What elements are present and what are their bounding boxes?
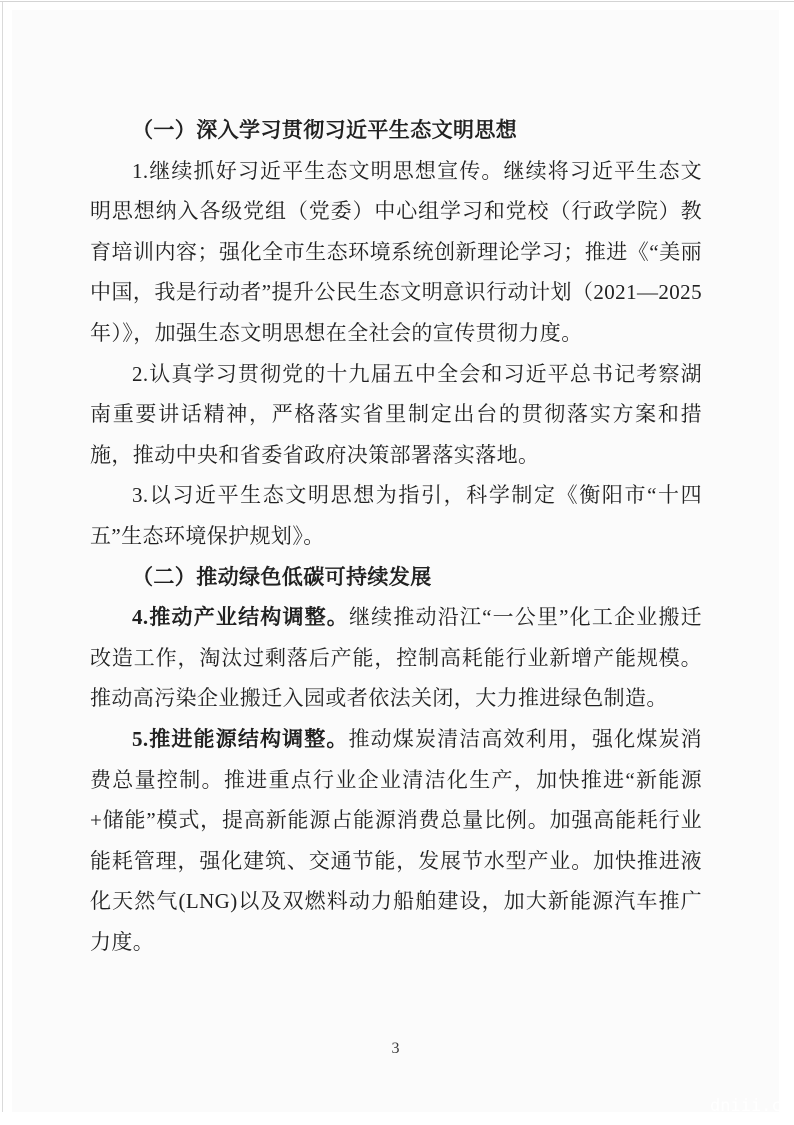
paragraph-4: 4.推动产业结构调整。继续推动沿江“一公里”化工企业搬迁改造工作，淘汰过剩落后产… xyxy=(90,597,702,719)
paragraph-5-lead: 5.推进能源结构调整。 xyxy=(132,727,349,751)
page-content: （一）深入学习贯彻习近平生态文明思想 1.继续抓好习近平生态文明思想宣传。继续将… xyxy=(90,110,702,962)
section-heading-1: （一）深入学习贯彻习近平生态文明思想 xyxy=(90,110,702,151)
paragraph-4-lead: 4.推动产业结构调整。 xyxy=(132,605,349,629)
document-viewer: （一）深入学习贯彻习近平生态文明思想 1.继续抓好习近平生态文明思想宣传。继续将… xyxy=(0,0,794,1125)
paragraph-5: 5.推进能源结构调整。推动煤炭清洁高效利用，强化煤炭消费总量控制。推进重点行业企… xyxy=(90,719,702,963)
paragraph-3: 3.以习近平生态文明思想为指引，科学制定《衡阳市“十四五”生态环境保护规划》。 xyxy=(90,475,702,556)
scan-edge-left xyxy=(2,2,3,1112)
scan-edge-top xyxy=(0,1,794,2)
document-page: （一）深入学习贯彻习近平生态文明思想 1.继续抓好习近平生态文明思想宣传。继续将… xyxy=(12,10,779,1112)
page-number: 3 xyxy=(12,1040,779,1058)
watermark-text: dniii.co xyxy=(710,1096,794,1116)
paragraph-5-text: 推动煤炭清洁高效利用，强化煤炭消费总量控制。推进重点行业企业清洁化生产，加快推进… xyxy=(90,727,702,954)
paragraph-1: 1.继续抓好习近平生态文明思想宣传。继续将习近平生态文明思想纳入各级党组（党委）… xyxy=(90,151,702,354)
section-heading-2: （二）推动绿色低碳可持续发展 xyxy=(90,557,702,598)
paragraph-2: 2.认真学习贯彻党的十九届五中全会和习近平总书记考察湖南重要讲话精神，严格落实省… xyxy=(90,354,702,476)
